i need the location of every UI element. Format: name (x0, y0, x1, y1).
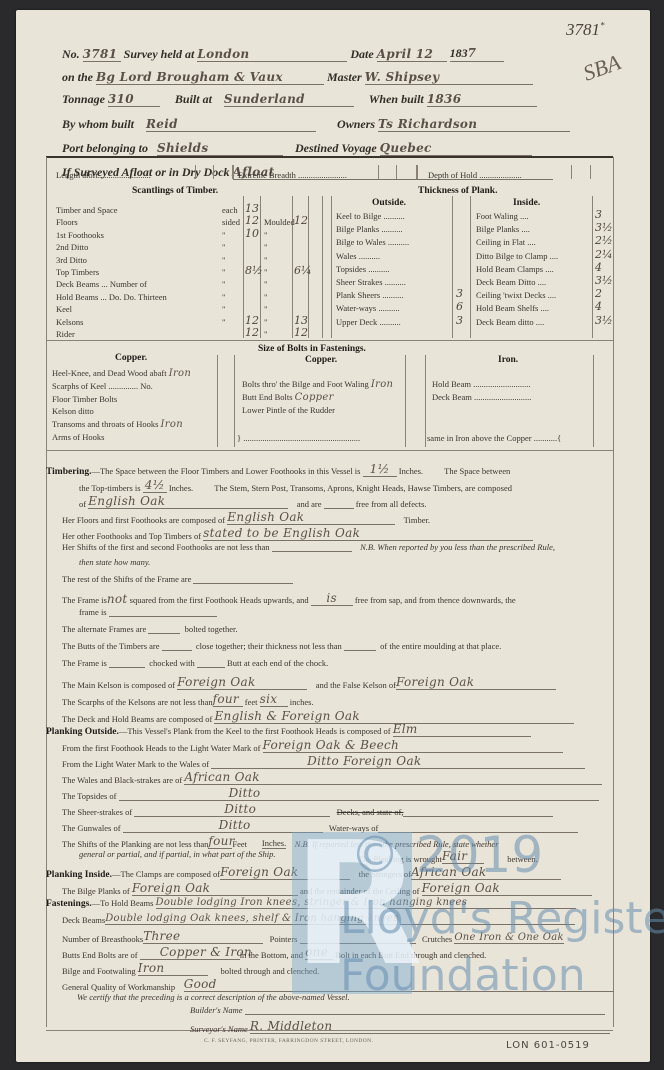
plank-inside-value: 3½ (595, 274, 613, 287)
rest-shifts-line: The rest of the Shifts of the Frame are (62, 574, 293, 584)
plank-inside-row: Deck Beam Ditto .... (476, 277, 546, 287)
scantling-qualifier: " (222, 230, 225, 240)
plank-outside-row: Upper Deck .......... (336, 317, 401, 327)
plank-inside-value: 3 (595, 208, 602, 221)
plank-inside-row: Bilge Planks .... (476, 224, 530, 234)
watermark-copyright: © 2019 (350, 826, 543, 884)
outside-title: Outside. (372, 198, 406, 208)
survey-number: 3781 (83, 47, 121, 62)
when-built-value: 1836 (427, 92, 537, 107)
plank-title: Thickness of Plank. (418, 186, 497, 196)
scantling-qualifier: " (222, 317, 225, 327)
scantling-inches: 13 (245, 202, 259, 215)
header-row-4: By whom built Reid Owners Ts Richardson (62, 117, 570, 132)
chocked-line: The Frame is chocked with Butt at each e… (62, 658, 328, 668)
watermark-line-1: Lloyd's Register (340, 893, 664, 944)
butts-line: The Butts of the Timbers are close toget… (62, 641, 501, 651)
plank-inside-row: Ceiling in Flat .... (476, 237, 536, 247)
owners-value: Ts Richardson (378, 117, 570, 132)
copper-row: Floor Timber Bolts (52, 394, 117, 405)
scantling-qualifier: each (222, 205, 238, 215)
plank-inside-value: 2½ (595, 234, 613, 247)
date-label: Date (350, 47, 373, 61)
scantlings-title: Scantlings of Timber. (132, 186, 218, 196)
plank-outside-row: Bilge to Wales .......... (336, 237, 409, 247)
scantling-middle: 13 (294, 314, 308, 327)
frame-is-line: frame is (79, 607, 217, 617)
copper-row: Scarphs of Keel .............. No. (52, 381, 153, 392)
plank-inside-row: Hold Beam Shelfs .... (476, 303, 549, 313)
plank-inside-row: Ceiling 'twixt Decks .... (476, 290, 556, 300)
scantling-moulded: " (264, 230, 267, 240)
scantling-moulded: " (264, 317, 267, 327)
header-row-1: No. 3781 Survey held at London Date Apri… (62, 46, 504, 62)
shifts-line: Her Shifts of the first and second Footh… (62, 542, 555, 552)
plank-inside-value: 2 (595, 287, 602, 300)
plank-outside-value: 6 (456, 300, 463, 313)
scantling-row: Timber and Space (56, 205, 118, 215)
built-at-label: Built at (175, 92, 212, 106)
year-digit: 7 (468, 46, 477, 60)
plank-outside-value: 3 (456, 287, 463, 300)
when-built-label: When built (369, 92, 424, 106)
scantling-qualifier: " (222, 292, 225, 302)
scantling-middle: 12 (294, 326, 308, 339)
by-whom-label: By whom built (62, 117, 134, 131)
reference-number: 3781* (566, 20, 605, 40)
scantling-moulded: " (264, 279, 267, 289)
plank-inside-row: Foot Waling .... (476, 211, 529, 221)
scantling-row: 1st Foothooks (56, 230, 104, 240)
copper-row: Kelson ditto (52, 406, 94, 417)
scantling-moulded: " (264, 267, 267, 277)
survey-location: London (197, 47, 347, 62)
tonnage-label: Tonnage (62, 92, 105, 106)
bolts-iron-title: Iron. (498, 355, 518, 365)
scantling-moulded: " (264, 292, 267, 302)
plank-outside-row: Wales .......... (336, 251, 380, 261)
bolt-copper-row: Bolts thro' the Bilge and Foot Waling Ir… (242, 379, 393, 390)
scantling-inches: 12 (245, 326, 259, 339)
box-top-rule (46, 156, 613, 158)
voyage-label: Destined Voyage (295, 141, 377, 155)
scantling-qualifier: " (222, 242, 225, 252)
bolt-copper-row: Butt End Bolts Copper (242, 392, 334, 403)
scantling-qualifier: " (222, 304, 225, 314)
builder-name-line: Builder's Name (190, 1005, 605, 1015)
year-printed: 183 (450, 46, 468, 60)
kelson-line: The Main Kelson is composed of Foreign O… (62, 675, 556, 690)
copper-row: Arms of Hooks (52, 432, 104, 443)
bolt-copper-row: Lower Pintle of the Rudder (242, 405, 335, 416)
bolt-iron-row: Deck Beam ........................... (432, 392, 531, 402)
scantling-row: Kelsons (56, 317, 83, 327)
plank-inside-row: Ditto Bilge to Clamp .... (476, 251, 558, 261)
plank-outside-row: Sheer Strakes .......... (336, 277, 406, 287)
plank-inside-row: Deck Beam ditto .... (476, 317, 544, 327)
master-name: W. Shipsey (365, 70, 533, 85)
inside-title: Inside. (513, 198, 540, 208)
bolt-iron-row: Hold Beam ........................... (432, 379, 530, 389)
tonnage-value: 310 (108, 92, 160, 107)
scantling-qualifier: sided (222, 217, 240, 227)
scantling-row: Top Timbers (56, 267, 99, 277)
watermark-line-2: Foundation (340, 950, 586, 1001)
scantling-moulded: Moulded (264, 217, 295, 227)
plank-outside-row: Plank Sheers .......... (336, 290, 404, 300)
scantling-row: Deck Beams ... Number of (56, 279, 147, 289)
scantling-row: Hold Beams ... Do. Do. Thirteen (56, 292, 167, 302)
ship-name: Bg Lord Brougham & Vaux (96, 70, 324, 85)
light-water-mark-line: From the first Foothook Heads to the Lig… (62, 738, 563, 753)
plank-inside-row: Hold Beam Clamps .... (476, 264, 554, 274)
plank-inside-value: 4 (595, 300, 602, 313)
port-value: Shields (157, 141, 283, 156)
topsides-line: The Topsides of Ditto (62, 786, 599, 801)
header-row-5: Port belonging to Shields Destined Voyag… (62, 141, 532, 156)
timbering-line-3: of English Oak and are free from all def… (79, 494, 427, 509)
copper-row: Transoms and throats of Hooks Iron (52, 419, 183, 430)
plank-inside-value: 3½ (595, 314, 613, 327)
date-value: April 12 (377, 47, 447, 62)
timbering-line-2: the Top-timbers is 4½ Inches. The Stem, … (79, 478, 512, 493)
plank-inside-value: 4 (595, 261, 602, 274)
on-the-label: on the (62, 70, 93, 84)
plank-outside-row: Bilge Planks .......... (336, 224, 403, 234)
plank-outside-row: Water-ways .......... (336, 303, 400, 313)
bolts-title: Size of Bolts in Fastenings. (258, 344, 366, 354)
header-row-2: on the Bg Lord Brougham & Vaux Master W.… (62, 70, 533, 85)
owners-label: Owners (337, 117, 375, 131)
scantling-middle: 12 (294, 214, 308, 227)
planking-outside-line-1: Planking Outside.—This Vessel's Plank fr… (46, 722, 531, 737)
frame-line: The Frame isnot squared from the first F… (62, 591, 516, 606)
scantling-moulded: " (264, 242, 267, 252)
scantling-row: 3rd Ditto (56, 255, 87, 265)
wales-line: From the Light Water Mark to the Wales o… (62, 754, 585, 769)
scantling-row: 2nd Ditto (56, 242, 88, 252)
plank-outside-value: 3 (456, 314, 463, 327)
bolts-copper-title: Copper. (305, 355, 337, 365)
scantling-inches: 12 (245, 314, 259, 327)
surveyor-name-line: Surveyor's Name R. Middleton (190, 1019, 610, 1034)
extreme-breadth: Extreme Breadth ....................... (238, 170, 347, 180)
port-label: Port belonging to (62, 141, 148, 155)
other-foothooks-line: Her other Foothooks and Top Timbers of s… (62, 526, 533, 541)
scantling-inches: 8½ (245, 264, 263, 277)
plank-inside-value: 3½ (595, 221, 613, 234)
shifts-nb-2: then state how many. (79, 557, 150, 567)
scantling-qualifier: " (222, 267, 225, 277)
scantling-qualifier: " (222, 255, 225, 265)
floors-line: Her Floors and first Foothooks are compo… (62, 510, 430, 525)
scantling-moulded: " (264, 329, 267, 339)
header-row-3: Tonnage 310 Built at Sunderland When bui… (62, 92, 537, 107)
timbering-line-1: Timbering.—The Space between the Floor T… (46, 462, 510, 477)
scantling-row: Floors (56, 217, 78, 227)
scantling-middle: 6¼ (294, 264, 312, 277)
archive-reference: LON 601-0519 (506, 1040, 590, 1051)
planking-shifts-nb-2: general or partial, and if partial, in w… (79, 849, 275, 859)
bolts-extra-line: } ......................................… (237, 433, 360, 443)
voyage-value: Quebec (380, 141, 532, 156)
length-aloft: Length aloft......................... (56, 170, 151, 180)
scantling-row: Rider (56, 329, 75, 339)
scantling-moulded: " (264, 304, 267, 314)
bilge-footwaling-line: Bilge and Footwaling Iron bolted through… (62, 961, 319, 976)
depth-of-hold: Depth of Hold .................... (428, 170, 522, 180)
scantling-row: Keel (56, 304, 72, 314)
plank-inside-value: 2¼ (595, 248, 613, 261)
plank-outside-row: Topsides .......... (336, 264, 389, 274)
alternate-frames-line: The alternate Frames are bolted together… (62, 624, 238, 634)
copper-title: Copper. (115, 353, 147, 363)
built-at-value: Sunderland (224, 92, 354, 107)
survey-held-label: Survey held at (124, 47, 195, 61)
scantling-moulded: " (264, 255, 267, 265)
scantling-inches: 10 (245, 227, 259, 240)
plank-outside-row: Keel to Bilge .......... (336, 211, 405, 221)
master-label: Master (327, 70, 362, 84)
scarphs-line: The Scarphs of the Kelsons are not less … (62, 692, 314, 707)
no-label: No. (62, 47, 80, 61)
copper-row: Heel-Knee, and Dead Wood abaft Iron (52, 368, 191, 379)
black-strakes-line: The Wales and Black-strakes are of Afric… (62, 770, 602, 785)
scantling-qualifier: " (222, 279, 225, 289)
scantling-inches: 12 (245, 214, 259, 227)
same-in-iron: same in Iron above the Copper ..........… (427, 433, 561, 443)
printer-credit: C. F. SEYFANG, PRINTER, FARRINGDON STREE… (204, 1038, 373, 1044)
builder-value: Reid (146, 117, 316, 132)
